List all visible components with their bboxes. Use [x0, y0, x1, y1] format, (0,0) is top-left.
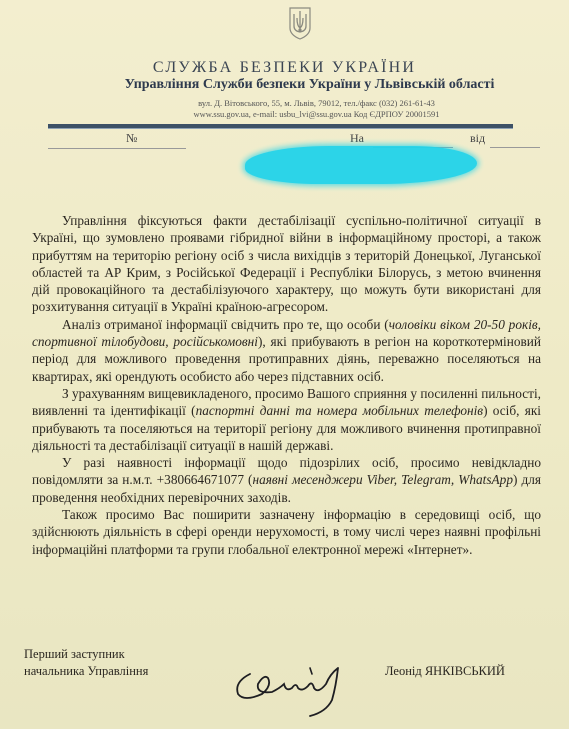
paragraph-5: Також просимо Вас поширити зазначену інф…: [32, 506, 541, 558]
department-title: Управління Служби безпеки України у Льві…: [0, 77, 569, 93]
address-line: вул. Д. Вітовського, 55, м. Львів, 79012…: [0, 98, 569, 108]
letterhead-divider: [48, 124, 513, 129]
paragraph-2: Аналіз отриманої інформації свідчить про…: [32, 316, 541, 385]
paragraph-4: У разі наявності інформації щодо підозрі…: [32, 454, 541, 506]
paragraph-1: Управління фіксуються факти дестабілізац…: [32, 212, 541, 316]
reply-to-label: На: [350, 131, 364, 146]
handwritten-signature-icon: [228, 660, 368, 720]
date-blank: [490, 147, 540, 148]
number-label: №: [126, 131, 137, 146]
contacts-line: www.ssu.gov.ua, e-mail: usbu_lvi@ssu.gov…: [0, 109, 569, 119]
addressee-redaction: [245, 146, 477, 184]
letter-body: Управління фіксуються факти дестабілізац…: [32, 212, 541, 558]
signatory-position: Перший заступник начальника Управління: [24, 646, 148, 680]
trident-coat-of-arms-icon: [288, 6, 312, 40]
letter-page: СЛУЖБА БЕЗПЕКИ УКРАЇНИ Управління Служби…: [0, 0, 569, 729]
signatory-name: Леонід ЯНКІВСЬКИЙ: [385, 664, 505, 679]
outgoing-reference: №: [48, 131, 186, 149]
date-label: від: [470, 131, 485, 146]
identification-details: паспортні данні та номера мобільних теле…: [196, 403, 484, 418]
organization-title: СЛУЖБА БЕЗПЕКИ УКРАЇНИ: [0, 59, 569, 77]
messengers-list: наявні месенджери Viber, Telegram, Whats…: [252, 472, 512, 487]
paragraph-3: З урахуванням вищевикладеного, просимо В…: [32, 385, 541, 454]
